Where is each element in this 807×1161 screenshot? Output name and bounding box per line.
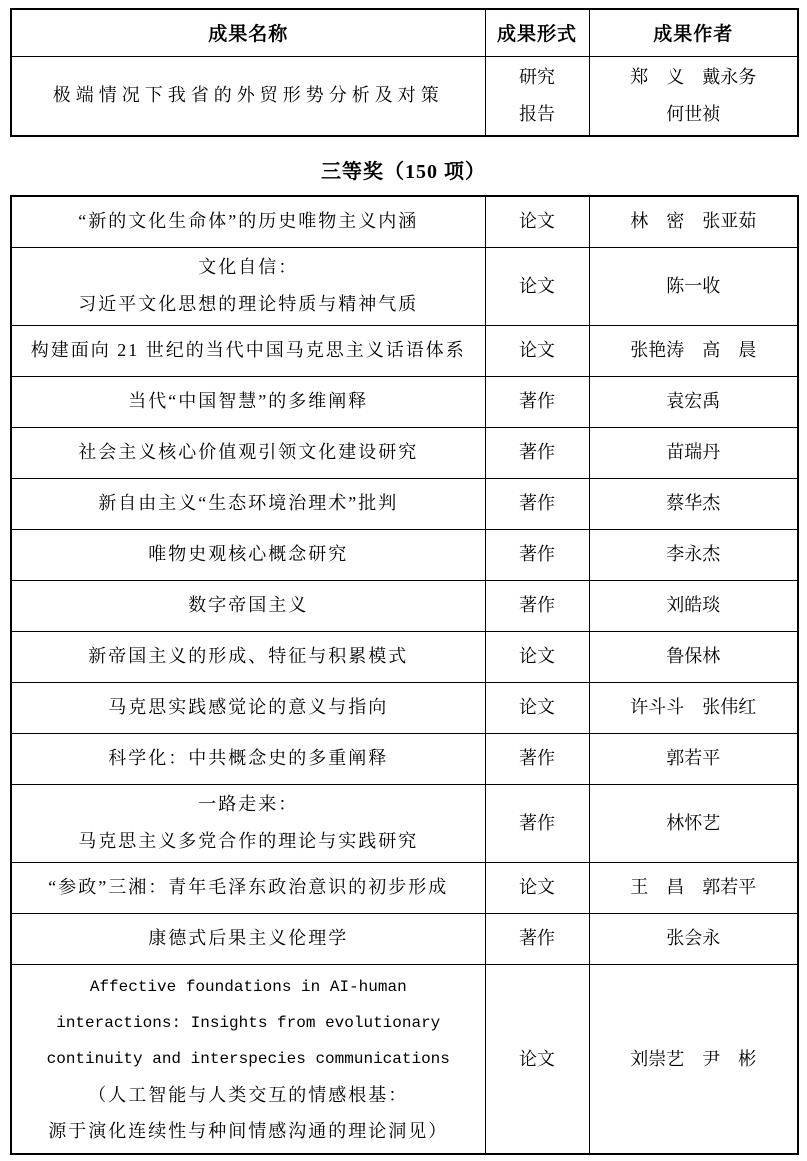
document-page: 成果名称 成果形式 成果作者 极端情况下我省的外贸形势分析及对策研究报告郑 义 … [0, 0, 807, 1155]
authors-cell: 林 密 张亚茹 [589, 196, 798, 247]
form-cell: 著作 [485, 913, 589, 964]
form-cell: 著作 [485, 427, 589, 478]
text-line: 袁宏禹 [594, 383, 794, 420]
text-line: 数字帝国主义 [16, 587, 481, 624]
authors-cell: 张会永 [589, 913, 798, 964]
text-line: 李永杰 [594, 536, 794, 573]
text-line: 新帝国主义的形成、特征与积累模式 [16, 638, 481, 675]
text-line: 张艳涛 高 晨 [594, 332, 794, 369]
table-row: 社会主义核心价值观引领文化建设研究著作苗瑞丹 [11, 427, 798, 478]
text-line: 研究 [490, 59, 585, 96]
text-line: 论文 [490, 638, 585, 675]
text-line: 源于演化连续性与种间情感沟通的理论洞见） [16, 1113, 481, 1149]
authors-cell: 许斗斗 张伟红 [589, 682, 798, 733]
text-line: 著作 [490, 805, 585, 842]
authors-cell: 刘崇艺 尹 彬 [589, 964, 798, 1154]
text-line: 张会永 [594, 920, 794, 957]
form-cell: 论文 [485, 862, 589, 913]
form-header-cell: 成果形式 [485, 9, 589, 56]
text-line: 论文 [490, 203, 585, 240]
form-cell: 论文 [485, 325, 589, 376]
text-line: 习近平文化思想的理论特质与精神气质 [16, 286, 481, 323]
authors-cell: 林怀艺 [589, 784, 798, 862]
form-cell: 著作 [485, 733, 589, 784]
name-cell: “新的文化生命体”的历史唯物主义内涵 [11, 196, 485, 247]
text-line: 著作 [490, 740, 585, 777]
name-cell: 数字帝国主义 [11, 580, 485, 631]
text-line: 马克思主义多党合作的理论与实践研究 [16, 823, 481, 860]
third-prize-table: “新的文化生命体”的历史唯物主义内涵论文林 密 张亚茹文化自信：习近平文化思想的… [10, 195, 799, 1155]
table-row: 构建面向 21 世纪的当代中国马克思主义话语体系论文张艳涛 高 晨 [11, 325, 798, 376]
text-line: 刘皓琰 [594, 587, 794, 624]
text-line: 著作 [490, 587, 585, 624]
form-cell: 著作 [485, 784, 589, 862]
text-line: Affective foundations in AI-human [16, 969, 481, 1005]
text-line: 报告 [490, 96, 585, 133]
table-row: 极端情况下我省的外贸形势分析及对策研究报告郑 义 戴永务何世祯 [11, 56, 798, 136]
form-cell: 论文 [485, 196, 589, 247]
text-line: 当代“中国智慧”的多维阐释 [16, 383, 481, 420]
text-line: 林怀艺 [594, 805, 794, 842]
name-cell: 唯物史观核心概念研究 [11, 529, 485, 580]
text-line: 著作 [490, 434, 585, 471]
form-cell: 著作 [485, 376, 589, 427]
table-row: 唯物史观核心概念研究著作李永杰 [11, 529, 798, 580]
text-line: 郭若平 [594, 740, 794, 777]
table-row: 马克思实践感觉论的意义与指向论文许斗斗 张伟红 [11, 682, 798, 733]
text-line: 社会主义核心价值观引领文化建设研究 [16, 434, 481, 471]
form-cell: 论文 [485, 964, 589, 1154]
text-line: 著作 [490, 920, 585, 957]
text-line: 马克思实践感觉论的意义与指向 [16, 689, 481, 726]
authors-cell: 蔡华杰 [589, 478, 798, 529]
table-row: 数字帝国主义著作刘皓琰 [11, 580, 798, 631]
table-row: “参政”三湘：青年毛泽东政治意识的初步形成论文王 昌 郭若平 [11, 862, 798, 913]
text-line: 唯物史观核心概念研究 [16, 536, 481, 573]
text-line: 康德式后果主义伦理学 [16, 920, 481, 957]
authors-cell: 陈一收 [589, 247, 798, 325]
name-cell: 新帝国主义的形成、特征与积累模式 [11, 631, 485, 682]
text-line: 科学化：中共概念史的多重阐释 [16, 740, 481, 777]
results-table-top: 成果名称 成果形式 成果作者 极端情况下我省的外贸形势分析及对策研究报告郑 义 … [10, 8, 799, 137]
form-cell: 著作 [485, 580, 589, 631]
table-row: 新自由主义“生态环境治理术”批判著作蔡华杰 [11, 478, 798, 529]
authors-cell: 刘皓琰 [589, 580, 798, 631]
authors-header-cell: 成果作者 [589, 9, 798, 56]
text-line: 王 昌 郭若平 [594, 869, 794, 906]
text-line: 构建面向 21 世纪的当代中国马克思主义话语体系 [16, 332, 481, 369]
text-line: 一路走来： [16, 786, 481, 823]
name-cell: Affective foundations in AI-humaninterac… [11, 964, 485, 1154]
text-line: “新的文化生命体”的历史唯物主义内涵 [16, 203, 481, 240]
text-line: 刘崇艺 尹 彬 [594, 1041, 794, 1077]
text-line: 文化自信： [16, 249, 481, 286]
name-cell: 文化自信：习近平文化思想的理论特质与精神气质 [11, 247, 485, 325]
table-row: Affective foundations in AI-humaninterac… [11, 964, 798, 1154]
text-line: 鲁保林 [594, 638, 794, 675]
table-row: 文化自信：习近平文化思想的理论特质与精神气质论文陈一收 [11, 247, 798, 325]
text-line: continuity and interspecies communicatio… [16, 1041, 481, 1077]
form-cell: 研究报告 [485, 56, 589, 136]
name-cell: 社会主义核心价值观引领文化建设研究 [11, 427, 485, 478]
table-row: 科学化：中共概念史的多重阐释著作郭若平 [11, 733, 798, 784]
text-line: 论文 [490, 1041, 585, 1077]
text-line: 论文 [490, 332, 585, 369]
text-line: 论文 [490, 268, 585, 305]
name-cell: 构建面向 21 世纪的当代中国马克思主义话语体系 [11, 325, 485, 376]
text-line: 郑 义 戴永务 [594, 59, 794, 96]
name-cell: 当代“中国智慧”的多维阐释 [11, 376, 485, 427]
table-row: 康德式后果主义伦理学著作张会永 [11, 913, 798, 964]
name-cell: 科学化：中共概念史的多重阐释 [11, 733, 485, 784]
authors-cell: 王 昌 郭若平 [589, 862, 798, 913]
text-line: （人工智能与人类交互的情感根基： [16, 1077, 481, 1113]
name-header-cell: 成果名称 [11, 9, 485, 56]
name-cell: 极端情况下我省的外贸形势分析及对策 [11, 56, 485, 136]
form-cell: 著作 [485, 529, 589, 580]
text-line: 许斗斗 张伟红 [594, 689, 794, 726]
authors-cell: 张艳涛 高 晨 [589, 325, 798, 376]
table-row: 新帝国主义的形成、特征与积累模式论文鲁保林 [11, 631, 798, 682]
form-cell: 论文 [485, 631, 589, 682]
text-line: 林 密 张亚茹 [594, 203, 794, 240]
name-cell: 一路走来：马克思主义多党合作的理论与实践研究 [11, 784, 485, 862]
text-line: 陈一收 [594, 268, 794, 305]
text-line: interactions: Insights from evolutionary [16, 1005, 481, 1041]
authors-cell: 郭若平 [589, 733, 798, 784]
authors-cell: 苗瑞丹 [589, 427, 798, 478]
name-cell: 马克思实践感觉论的意义与指向 [11, 682, 485, 733]
authors-cell: 鲁保林 [589, 631, 798, 682]
name-cell: “参政”三湘：青年毛泽东政治意识的初步形成 [11, 862, 485, 913]
authors-cell: 李永杰 [589, 529, 798, 580]
table-row: 一路走来：马克思主义多党合作的理论与实践研究著作林怀艺 [11, 784, 798, 862]
text-line: 何世祯 [594, 96, 794, 133]
text-line: 新自由主义“生态环境治理术”批判 [16, 485, 481, 522]
authors-cell: 郑 义 戴永务何世祯 [589, 56, 798, 136]
authors-cell: 袁宏禹 [589, 376, 798, 427]
table-row: 当代“中国智慧”的多维阐释著作袁宏禹 [11, 376, 798, 427]
text-line: 著作 [490, 536, 585, 573]
text-line: 论文 [490, 689, 585, 726]
table-row: “新的文化生命体”的历史唯物主义内涵论文林 密 张亚茹 [11, 196, 798, 247]
text-line: 著作 [490, 485, 585, 522]
table-header-row: 成果名称 成果形式 成果作者 [11, 9, 798, 56]
text-line: 苗瑞丹 [594, 434, 794, 471]
name-cell: 康德式后果主义伦理学 [11, 913, 485, 964]
text-line: 著作 [490, 383, 585, 420]
form-cell: 论文 [485, 247, 589, 325]
name-cell: 新自由主义“生态环境治理术”批判 [11, 478, 485, 529]
form-cell: 论文 [485, 682, 589, 733]
text-line: “参政”三湘：青年毛泽东政治意识的初步形成 [16, 869, 481, 906]
text-line: 论文 [490, 869, 585, 906]
form-cell: 著作 [485, 478, 589, 529]
section-title: 三等奖（150 项） [10, 158, 797, 186]
text-line: 蔡华杰 [594, 485, 794, 522]
text-line: 极端情况下我省的外贸形势分析及对策 [16, 77, 481, 114]
